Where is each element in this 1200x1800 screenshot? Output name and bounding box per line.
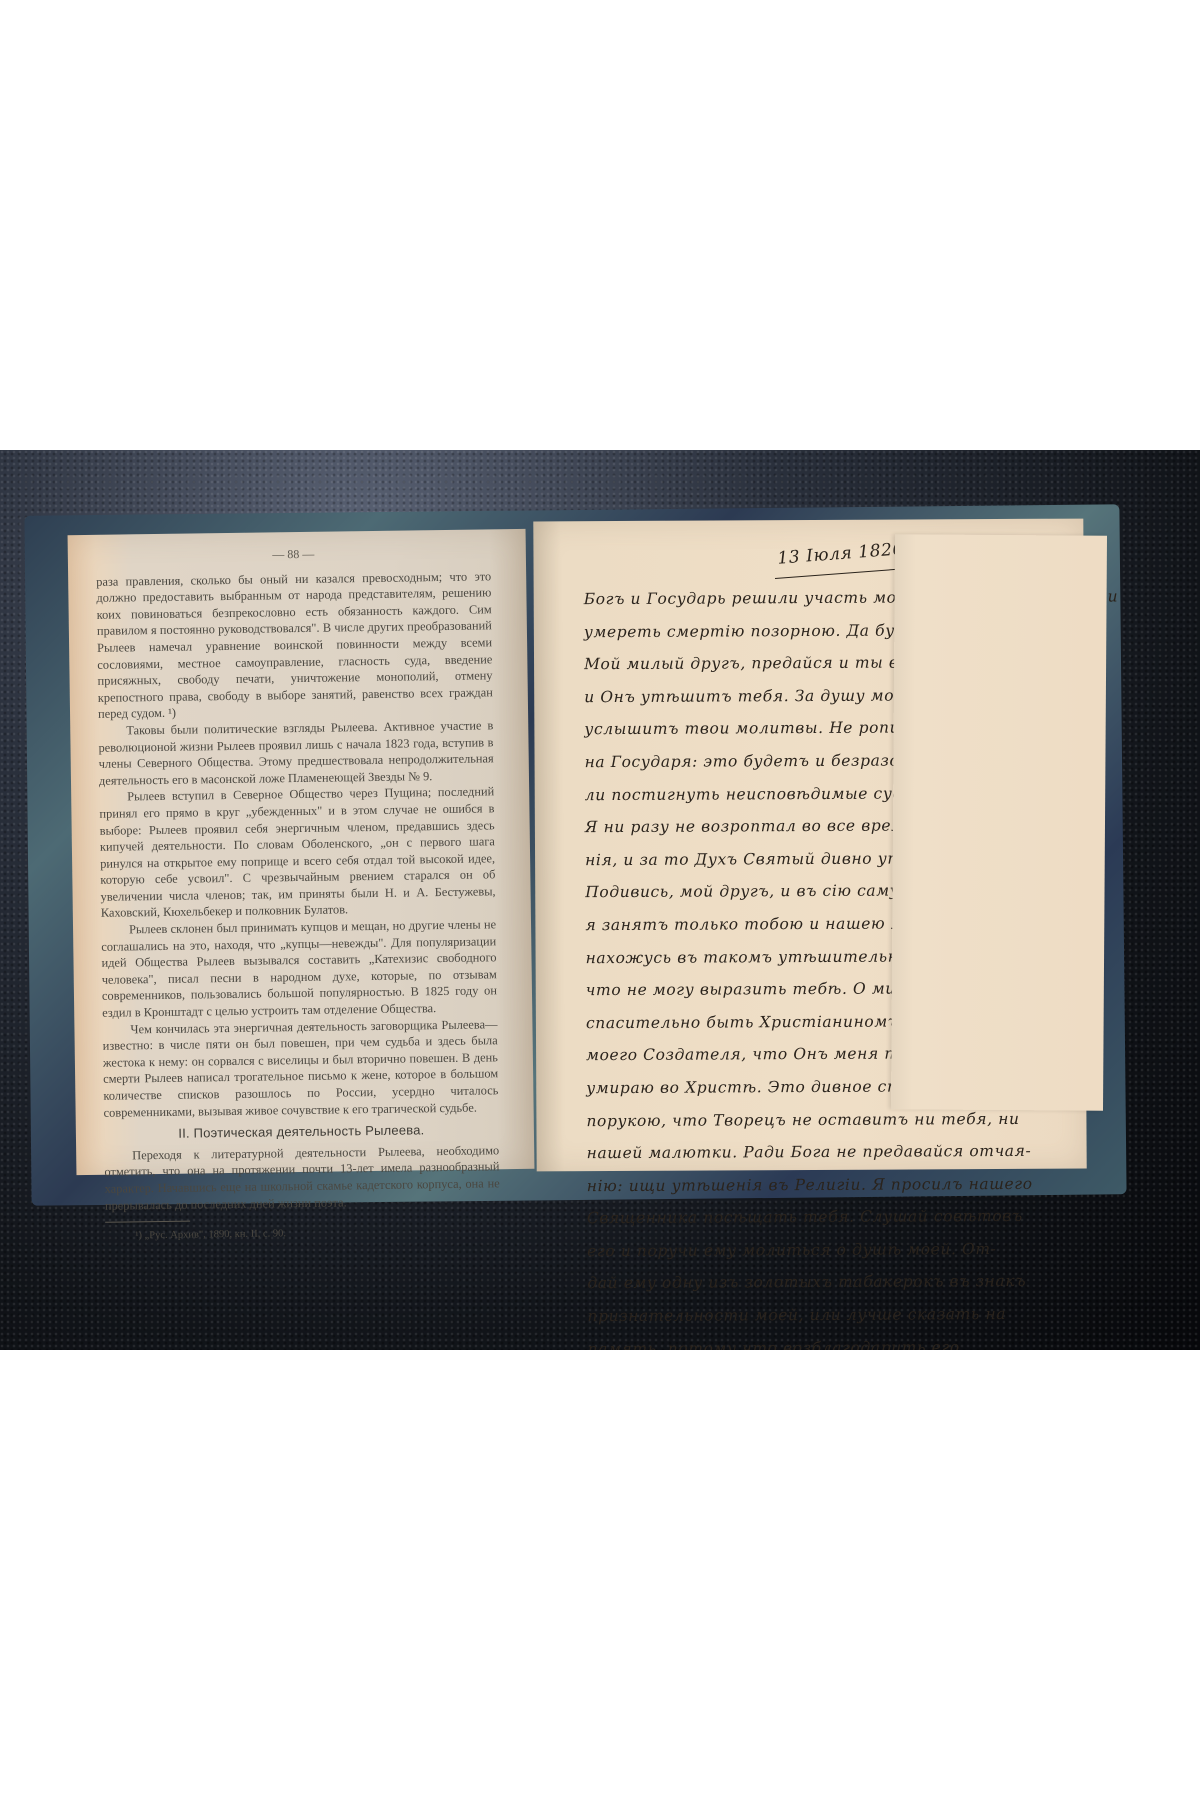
letter-line: его и поручи ему молиться о душѣ моей. О… — [587, 1233, 1067, 1268]
letter-line: нашей малютки. Ради Бога не предавайся о… — [587, 1135, 1067, 1170]
paragraph: Таковы были политические взгляды Рылеева… — [98, 717, 494, 789]
book-photo: — 88 — раза правления, сколько бы оный н… — [0, 450, 1200, 1350]
letter-line: нію: ищи утѣшенія въ Религіи. Я просилъ … — [587, 1167, 1067, 1202]
footnote: ¹) „Рус. Архив", 1890, кн. II, с. 90. — [105, 1223, 500, 1245]
paragraph: Переходя к литературной деятельности Рыл… — [104, 1142, 500, 1214]
page-number: — 88 — — [96, 543, 491, 565]
section-title: II. Поэтическая деятельность Рылеева. — [104, 1121, 499, 1143]
letter-line: память, потому что возблагодарить его — [588, 1330, 1068, 1350]
left-page: — 88 — раза правления, сколько бы оный н… — [68, 529, 535, 1175]
paragraph: раза правления, сколько бы оный ни казал… — [96, 568, 493, 723]
paragraph: Рылеев склонен был принимать купцов и ме… — [101, 916, 497, 1021]
letter-line: признательности моей, или лучше сказать … — [587, 1298, 1067, 1333]
fold-out-insert — [891, 534, 1107, 1110]
footnote-divider — [105, 1221, 190, 1223]
printed-text-block: — 88 — раза правления, сколько бы оный н… — [96, 529, 501, 1245]
paragraph: Рылеев вступил в Северное Общество через… — [99, 784, 496, 922]
letter-line: дай ему одну изъ золотыхъ табакерокъ въ … — [587, 1265, 1067, 1300]
paragraph: Чем кончилась эта энергичная деятельност… — [102, 1016, 498, 1121]
letter-line: Священника посѣщать тебя. Слушай совѣтов… — [587, 1200, 1067, 1235]
